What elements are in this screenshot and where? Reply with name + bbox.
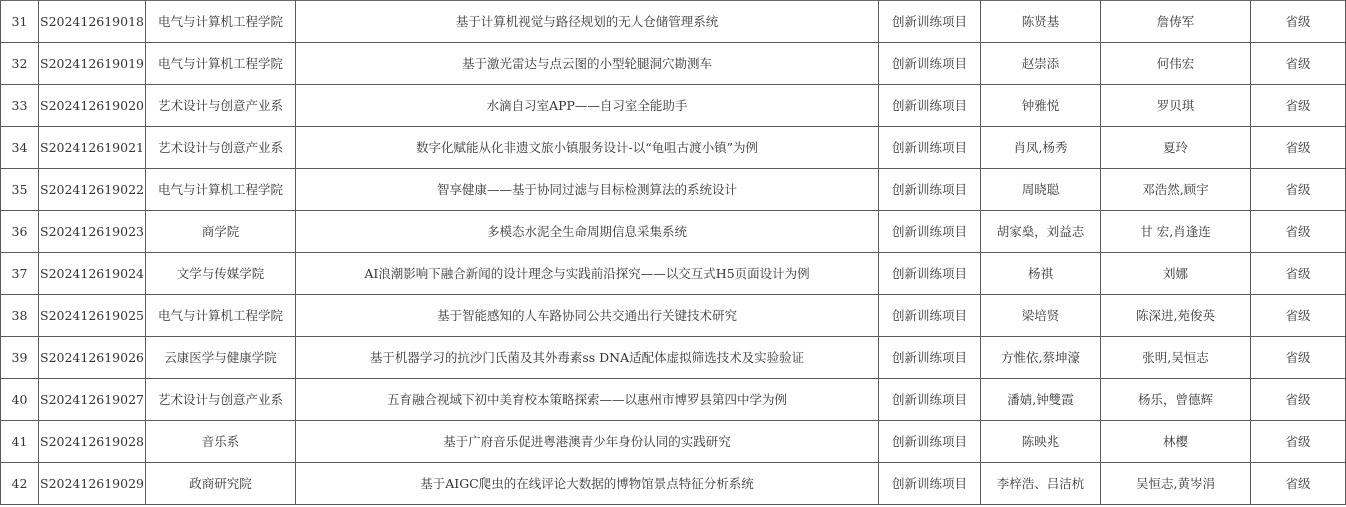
advisor-name: 夏玲 [1163, 140, 1188, 156]
project-code: S202412619019 [40, 56, 144, 72]
college-name: 艺术设计与创意产业系 [158, 140, 283, 156]
cell-level[interactable]: 省级 [1251, 169, 1346, 211]
table-row[interactable]: 33 S202412619020 艺术设计与创意产业系 水滴自习室APP——自习… [1, 85, 1346, 127]
project-title: 水滴自习室APP——自习室全能助手 [487, 98, 688, 114]
cell-college[interactable]: 电气与计算机工程学院 [146, 169, 296, 211]
table-row[interactable]: 39 S202412619026 云康医学与健康学院 基于机器学习的抗沙门氏菌及… [1, 337, 1346, 379]
cell-level[interactable]: 省级 [1251, 1, 1346, 43]
project-leader: 方惟依,蔡坤濠 [1001, 350, 1080, 366]
project-leader: 胡家燊，刘益志 [997, 224, 1085, 240]
cell-number[interactable]: 39 [1, 337, 39, 379]
project-type: 创新训练项目 [892, 224, 967, 240]
cell-college[interactable]: 电气与计算机工程学院 [146, 1, 296, 43]
cell-college[interactable]: 艺术设计与创意产业系 [146, 127, 296, 169]
project-type: 创新训练项目 [892, 140, 967, 156]
cell-advisor[interactable]: 陈深进,苑俊英 [1101, 295, 1251, 337]
project-table-body: 31 S202412619018 电气与计算机工程学院 基于计算机视觉与路径规划… [1, 1, 1346, 505]
row-number: 38 [12, 308, 28, 324]
project-leader: 梁培贤 [1022, 308, 1060, 324]
cell-project-code[interactable]: S202412619028 [39, 421, 146, 463]
project-type: 创新训练项目 [892, 350, 967, 366]
cell-leader[interactable]: 杨祺 [981, 253, 1101, 295]
row-number: 33 [12, 98, 28, 114]
advisor-name: 张明,吴恒志 [1142, 350, 1208, 366]
cell-advisor[interactable]: 刘娜 [1101, 253, 1251, 295]
row-number: 35 [12, 182, 28, 198]
cell-level[interactable]: 省级 [1251, 295, 1346, 337]
project-leader: 潘婧,钟雙霞 [1007, 392, 1073, 408]
row-number: 36 [12, 224, 28, 240]
cell-leader[interactable]: 潘婧,钟雙霞 [981, 379, 1101, 421]
cell-leader[interactable]: 陈贤基 [981, 1, 1101, 43]
college-name: 电气与计算机工程学院 [158, 56, 283, 72]
cell-project-type[interactable]: 创新训练项目 [879, 85, 981, 127]
project-title: 基于智能感知的人车路协同公共交通出行关键技术研究 [437, 308, 737, 324]
project-type: 创新训练项目 [892, 98, 967, 114]
cell-project-title[interactable]: 五育融合视域下初中美育校本策略探索——以惠州市博罗县第四中学为例 [296, 379, 879, 421]
cell-level[interactable]: 省级 [1251, 337, 1346, 379]
project-level: 省级 [1285, 392, 1310, 408]
project-code: S202412619020 [40, 98, 144, 114]
cell-project-type[interactable]: 创新训练项目 [879, 211, 981, 253]
cell-leader[interactable]: 钟雅悦 [981, 85, 1101, 127]
table-row[interactable]: 32 S202412619019 电气与计算机工程学院 基于激光雷达与点云图的小… [1, 43, 1346, 85]
table-row[interactable]: 36 S202412619023 商学院 多模态水泥全生命周期信息采集系统 创新… [1, 211, 1346, 253]
cell-leader[interactable]: 肖凤,杨秀 [981, 127, 1101, 169]
project-title: 智享健康——基于协同过滤与目标检测算法的系统设计 [437, 182, 737, 198]
project-type: 创新训练项目 [892, 182, 967, 198]
cell-number[interactable]: 31 [1, 1, 39, 43]
table-row[interactable]: 31 S202412619018 电气与计算机工程学院 基于计算机视觉与路径规划… [1, 1, 1346, 43]
cell-project-type[interactable]: 创新训练项目 [879, 337, 981, 379]
cell-number[interactable]: 32 [1, 43, 39, 85]
advisor-name: 杨乐，曾德辉 [1138, 392, 1213, 408]
advisor-name: 甘 宏,肖逢连 [1140, 224, 1210, 240]
row-number: 37 [12, 266, 28, 282]
cell-advisor[interactable]: 张明,吴恒志 [1101, 337, 1251, 379]
cell-advisor[interactable]: 林樱 [1101, 421, 1251, 463]
cell-project-code[interactable]: S202412619019 [39, 43, 146, 85]
project-level: 省级 [1285, 98, 1310, 114]
college-name: 艺术设计与创意产业系 [158, 392, 283, 408]
project-title: 基于广府音乐促进粤港澳青少年身份认同的实践研究 [443, 434, 731, 450]
cell-number[interactable]: 36 [1, 211, 39, 253]
cell-project-type[interactable]: 创新训练项目 [879, 295, 981, 337]
cell-leader[interactable]: 梁培贤 [981, 295, 1101, 337]
cell-project-title[interactable]: 基于计算机视觉与路径规划的无人仓储管理系统 [296, 1, 879, 43]
project-code: S202412619024 [40, 266, 144, 282]
project-type: 创新训练项目 [892, 434, 967, 450]
cell-project-title[interactable]: 基于广府音乐促进粤港澳青少年身份认同的实践研究 [296, 421, 879, 463]
project-type: 创新训练项目 [892, 56, 967, 72]
project-title: 基于机器学习的抗沙门氏菌及其外毒素ss DNA适配体虚拟筛选技术及实验验证 [370, 350, 804, 366]
table-row[interactable]: 40 S202412619027 艺术设计与创意产业系 五育融合视域下初中美育校… [1, 379, 1346, 421]
project-level: 省级 [1285, 14, 1310, 30]
college-name: 云康医学与健康学院 [164, 350, 277, 366]
cell-project-code[interactable]: S202412619021 [39, 127, 146, 169]
project-code: S202412619029 [40, 476, 144, 492]
cell-college[interactable]: 文学与传媒学院 [146, 253, 296, 295]
table-row[interactable]: 34 S202412619021 艺术设计与创意产业系 数字化赋能从化非遗文旅小… [1, 127, 1346, 169]
project-leader: 肖凤,杨秀 [1014, 140, 1068, 156]
cell-project-type[interactable]: 创新训练项目 [879, 463, 981, 505]
project-code: S202412619023 [40, 224, 144, 240]
cell-project-type[interactable]: 创新训练项目 [879, 1, 981, 43]
project-level: 省级 [1285, 182, 1310, 198]
cell-project-title[interactable]: 基于智能感知的人车路协同公共交通出行关键技术研究 [296, 295, 879, 337]
project-title: 五育融合视域下初中美育校本策略探索——以惠州市博罗县第四中学为例 [387, 392, 787, 408]
cell-project-title[interactable]: 基于AIGC爬虫的在线评论大数据的博物馆景点特征分析系统 [296, 463, 879, 505]
advisor-name: 何伟宏 [1157, 56, 1195, 72]
project-title: 数字化赋能从化非遗文旅小镇服务设计-以“龟咀古渡小镇”为例 [416, 140, 758, 156]
cell-project-code[interactable]: S202412619022 [39, 169, 146, 211]
project-title: 基于激光雷达与点云图的小型轮腿洞穴勘测车 [462, 56, 712, 72]
row-number: 42 [12, 476, 28, 492]
project-leader: 周晓聪 [1022, 182, 1060, 198]
college-name: 艺术设计与创意产业系 [158, 98, 283, 114]
table-row[interactable]: 38 S202412619025 电气与计算机工程学院 基于智能感知的人车路协同… [1, 295, 1346, 337]
cell-project-title[interactable]: 水滴自习室APP——自习室全能助手 [296, 85, 879, 127]
row-number: 41 [12, 434, 28, 450]
advisor-name: 罗贝琪 [1157, 98, 1195, 114]
cell-leader[interactable]: 赵崇添 [981, 43, 1101, 85]
project-level: 省级 [1285, 266, 1310, 282]
cell-project-title[interactable]: 数字化赋能从化非遗文旅小镇服务设计-以“龟咀古渡小镇”为例 [296, 127, 879, 169]
college-name: 音乐系 [202, 434, 240, 450]
project-code: S202412619027 [40, 392, 144, 408]
table-row[interactable]: 37 S202412619024 文学与传媒学院 AI浪潮影响下融合新闻的设计理… [1, 253, 1346, 295]
cell-level[interactable]: 省级 [1251, 43, 1346, 85]
advisor-name: 刘娜 [1163, 266, 1188, 282]
project-type: 创新训练项目 [892, 392, 967, 408]
table-row[interactable]: 41 S202412619028 音乐系 基于广府音乐促进粤港澳青少年身份认同的… [1, 421, 1346, 463]
project-leader: 杨祺 [1028, 266, 1053, 282]
project-leader: 李梓浩、吕洁杭 [997, 476, 1085, 492]
project-level: 省级 [1285, 140, 1310, 156]
cell-college[interactable]: 电气与计算机工程学院 [146, 43, 296, 85]
table-row[interactable]: 35 S202412619022 电气与计算机工程学院 智享健康——基于协同过滤… [1, 169, 1346, 211]
cell-number[interactable]: 35 [1, 169, 39, 211]
project-code: S202412619028 [40, 434, 144, 450]
cell-project-type[interactable]: 创新训练项目 [879, 127, 981, 169]
cell-project-code[interactable]: S202412619024 [39, 253, 146, 295]
college-name: 电气与计算机工程学院 [158, 308, 283, 324]
project-level: 省级 [1285, 476, 1310, 492]
cell-college[interactable]: 商学院 [146, 211, 296, 253]
project-type: 创新训练项目 [892, 476, 967, 492]
cell-advisor[interactable]: 吴恒志,黄岑涓 [1101, 463, 1251, 505]
project-leader: 陈贤基 [1022, 14, 1060, 30]
cell-level[interactable]: 省级 [1251, 463, 1346, 505]
project-title: AI浪潮影响下融合新闻的设计理念与实践前沿探究——以交互式H5页面设计为例 [364, 266, 809, 282]
cell-project-code[interactable]: S202412619025 [39, 295, 146, 337]
project-code: S202412619026 [40, 350, 144, 366]
row-number: 34 [12, 140, 28, 156]
cell-project-code[interactable]: S202412619020 [39, 85, 146, 127]
cell-level[interactable]: 省级 [1251, 211, 1346, 253]
cell-project-title[interactable]: 智享健康——基于协同过滤与目标检测算法的系统设计 [296, 169, 879, 211]
cell-college[interactable]: 电气与计算机工程学院 [146, 295, 296, 337]
project-level: 省级 [1285, 308, 1310, 324]
cell-advisor[interactable]: 何伟宏 [1101, 43, 1251, 85]
cell-college[interactable]: 艺术设计与创意产业系 [146, 379, 296, 421]
college-name: 电气与计算机工程学院 [158, 182, 283, 198]
project-level: 省级 [1285, 56, 1310, 72]
cell-project-type[interactable]: 创新训练项目 [879, 379, 981, 421]
cell-project-code[interactable]: S202412619027 [39, 379, 146, 421]
project-title: 基于计算机视觉与路径规划的无人仓储管理系统 [456, 14, 719, 30]
cell-advisor[interactable]: 杨乐，曾德辉 [1101, 379, 1251, 421]
project-code: S202412619021 [40, 140, 144, 156]
cell-project-title[interactable]: AI浪潮影响下融合新闻的设计理念与实践前沿探究——以交互式H5页面设计为例 [296, 253, 879, 295]
row-number: 31 [12, 14, 28, 30]
cell-college[interactable]: 艺术设计与创意产业系 [146, 85, 296, 127]
cell-project-type[interactable]: 创新训练项目 [879, 253, 981, 295]
cell-number[interactable]: 33 [1, 85, 39, 127]
cell-advisor[interactable]: 詹俦军 [1101, 1, 1251, 43]
project-level: 省级 [1285, 434, 1310, 450]
row-number: 40 [12, 392, 28, 408]
cell-project-title[interactable]: 基于机器学习的抗沙门氏菌及其外毒素ss DNA适配体虚拟筛选技术及实验验证 [296, 337, 879, 379]
row-number: 32 [12, 56, 28, 72]
cell-advisor[interactable]: 夏玲 [1101, 127, 1251, 169]
project-code: S202412619022 [40, 182, 144, 198]
cell-project-type[interactable]: 创新训练项目 [879, 421, 981, 463]
cell-number[interactable]: 34 [1, 127, 39, 169]
cell-advisor[interactable]: 罗贝琪 [1101, 85, 1251, 127]
cell-project-title[interactable]: 基于激光雷达与点云图的小型轮腿洞穴勘测车 [296, 43, 879, 85]
cell-advisor[interactable]: 邓浩然,顾宇 [1101, 169, 1251, 211]
cell-number[interactable]: 42 [1, 463, 39, 505]
cell-college[interactable]: 音乐系 [146, 421, 296, 463]
cell-leader[interactable]: 周晓聪 [981, 169, 1101, 211]
cell-project-type[interactable]: 创新训练项目 [879, 169, 981, 211]
cell-leader[interactable]: 李梓浩、吕洁杭 [981, 463, 1101, 505]
cell-project-code[interactable]: S202412619018 [39, 1, 146, 43]
project-type: 创新训练项目 [892, 308, 967, 324]
cell-number[interactable]: 41 [1, 421, 39, 463]
project-title: 多模态水泥全生命周期信息采集系统 [487, 224, 687, 240]
project-code: S202412619018 [40, 14, 144, 30]
cell-level[interactable]: 省级 [1251, 379, 1346, 421]
cell-advisor[interactable]: 甘 宏,肖逢连 [1101, 211, 1251, 253]
advisor-name: 吴恒志,黄岑涓 [1136, 476, 1215, 492]
cell-level[interactable]: 省级 [1251, 253, 1346, 295]
project-leader: 钟雅悦 [1022, 98, 1060, 114]
college-name: 文学与传媒学院 [177, 266, 265, 282]
cell-leader[interactable]: 陈映兆 [981, 421, 1101, 463]
project-level: 省级 [1285, 224, 1310, 240]
cell-college[interactable]: 政商研究院 [146, 463, 296, 505]
project-code: S202412619025 [40, 308, 144, 324]
college-name: 政商研究院 [189, 476, 252, 492]
advisor-name: 詹俦军 [1157, 14, 1195, 30]
cell-college[interactable]: 云康医学与健康学院 [146, 337, 296, 379]
project-leader: 赵崇添 [1022, 56, 1060, 72]
cell-number[interactable]: 37 [1, 253, 39, 295]
table-row[interactable]: 42 S202412619029 政商研究院 基于AIGC爬虫的在线评论大数据的… [1, 463, 1346, 505]
cell-project-title[interactable]: 多模态水泥全生命周期信息采集系统 [296, 211, 879, 253]
row-number: 39 [12, 350, 28, 366]
cell-leader[interactable]: 方惟依,蔡坤濠 [981, 337, 1101, 379]
advisor-name: 陈深进,苑俊英 [1136, 308, 1215, 324]
college-name: 电气与计算机工程学院 [158, 14, 283, 30]
cell-level[interactable]: 省级 [1251, 127, 1346, 169]
advisor-name: 邓浩然,顾宇 [1142, 182, 1208, 198]
project-level: 省级 [1285, 350, 1310, 366]
cell-level[interactable]: 省级 [1251, 421, 1346, 463]
cell-project-code[interactable]: S202412619026 [39, 337, 146, 379]
cell-number[interactable]: 38 [1, 295, 39, 337]
cell-number[interactable]: 40 [1, 379, 39, 421]
cell-leader[interactable]: 胡家燊，刘益志 [981, 211, 1101, 253]
cell-level[interactable]: 省级 [1251, 85, 1346, 127]
cell-project-code[interactable]: S202412619023 [39, 211, 146, 253]
college-name: 商学院 [202, 224, 240, 240]
project-table: 31 S202412619018 电气与计算机工程学院 基于计算机视觉与路径规划… [0, 0, 1346, 505]
cell-project-type[interactable]: 创新训练项目 [879, 43, 981, 85]
project-type: 创新训练项目 [892, 14, 967, 30]
project-leader: 陈映兆 [1022, 434, 1060, 450]
project-title: 基于AIGC爬虫的在线评论大数据的博物馆景点特征分析系统 [420, 476, 754, 492]
cell-project-code[interactable]: S202412619029 [39, 463, 146, 505]
advisor-name: 林樱 [1163, 434, 1188, 450]
project-type: 创新训练项目 [892, 266, 967, 282]
